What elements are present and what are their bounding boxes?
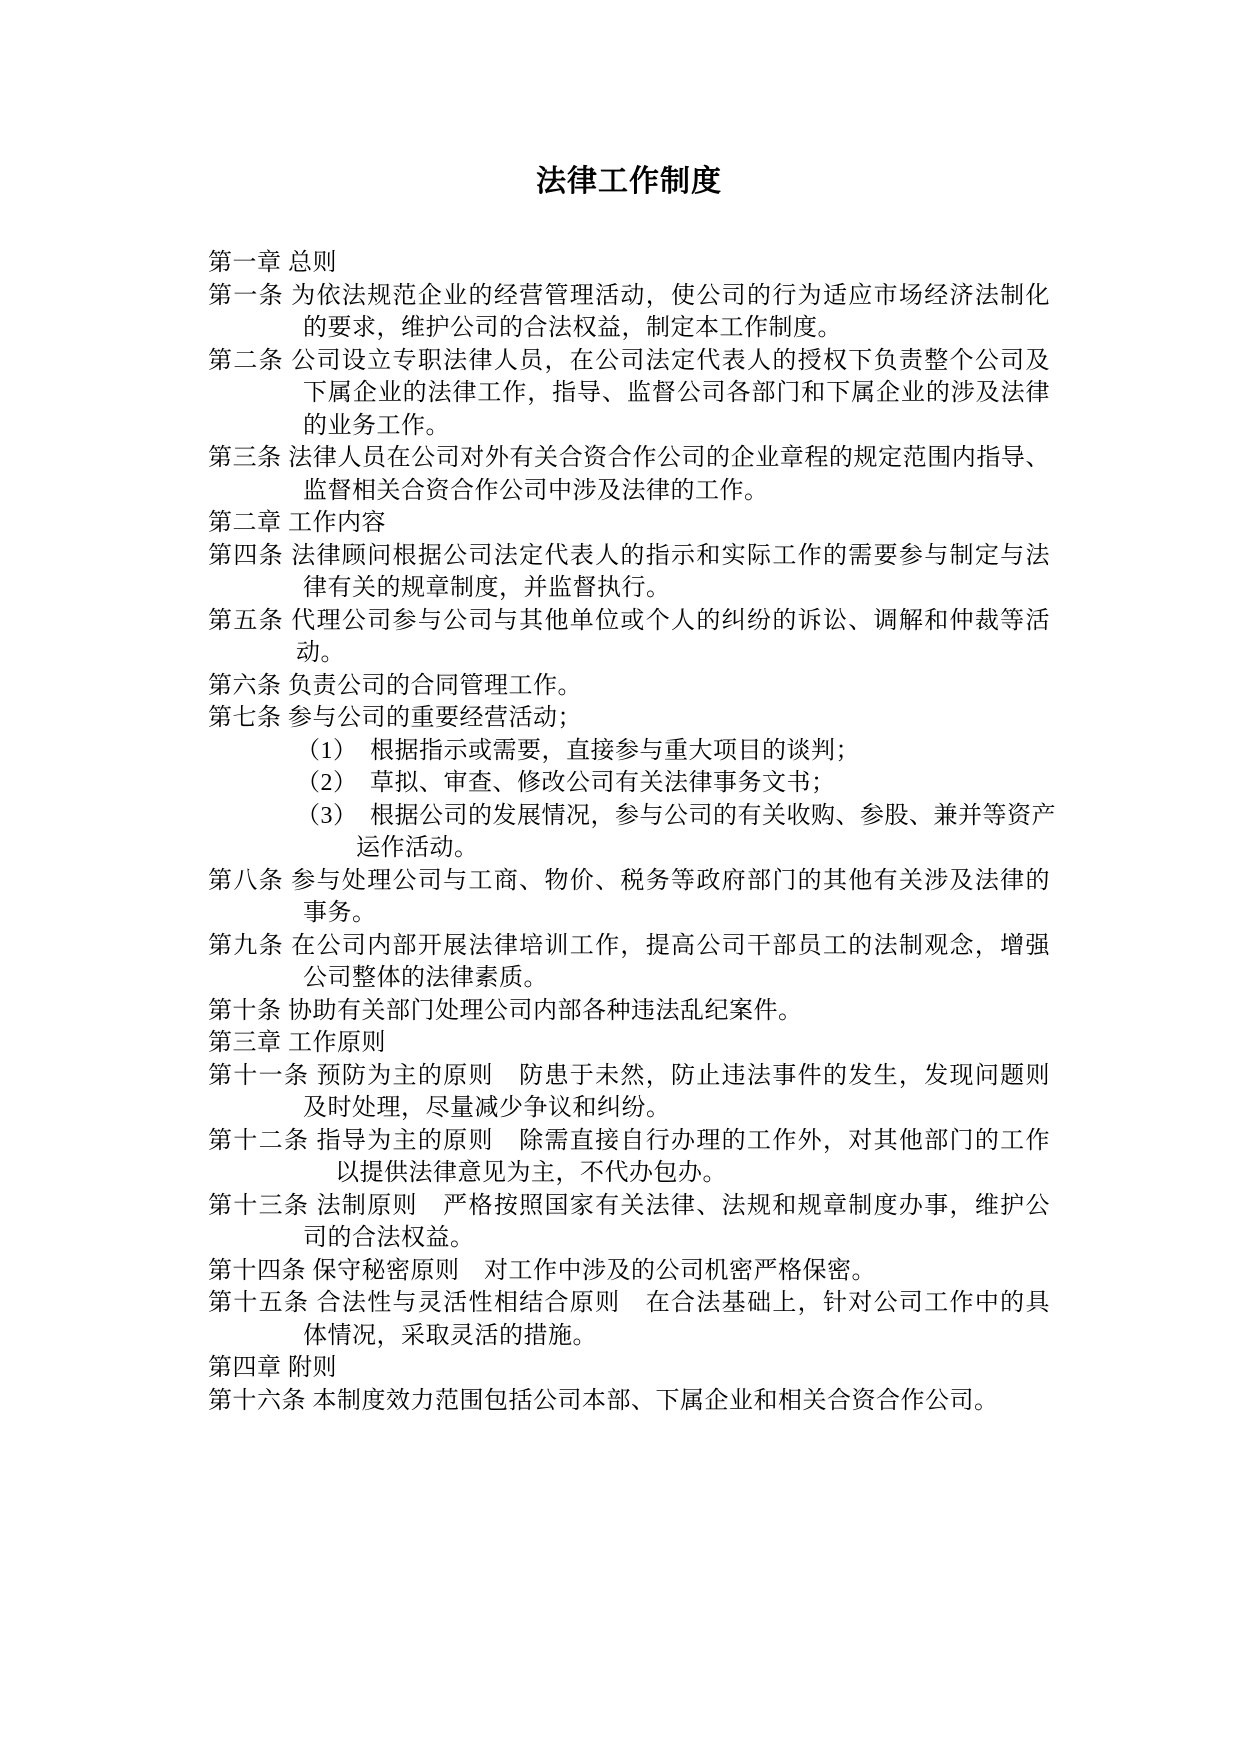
document-line: 第十五条 合法性与灵活性相结合原则 在合法基础上，针对公司工作中的具	[208, 1287, 1050, 1320]
document-line: （2） 草拟、审查、修改公司有关法律事务文书；	[208, 767, 1050, 800]
document-line: 司的合法权益。	[208, 1222, 1050, 1255]
document-line: 第二条 公司设立专职法律人员，在公司法定代表人的授权下负责整个公司及	[208, 345, 1050, 378]
document-line: 第九条 在公司内部开展法律培训工作，提高公司干部员工的法制观念，增强	[208, 930, 1050, 963]
document-body: 第一章 总则第一条 为依法规范企业的经营管理活动，使公司的行为适应市场经济法制化…	[208, 247, 1050, 1417]
document-line: 第七条 参与公司的重要经营活动；	[208, 702, 1050, 735]
document-line: 律有关的规章制度，并监督执行。	[208, 572, 1050, 605]
document-line: 以提供法律意见为主，不代办包办。	[208, 1157, 1050, 1190]
document-line: 第十四条 保守秘密原则 对工作中涉及的公司机密严格保密。	[208, 1255, 1050, 1288]
document-line: 第十一条 预防为主的原则 防患于未然，防止违法事件的发生，发现问题则	[208, 1060, 1050, 1093]
document-page: 法律工作制度 第一章 总则第一条 为依法规范企业的经营管理活动，使公司的行为适应…	[0, 0, 1241, 1754]
document-line: 的要求，维护公司的合法权益，制定本工作制度。	[208, 312, 1050, 345]
document-line: 体情况，采取灵活的措施。	[208, 1320, 1050, 1353]
document-line: 第一章 总则	[208, 247, 1050, 280]
document-line: 及时处理，尽量减少争议和纠纷。	[208, 1092, 1050, 1125]
document-line: （3） 根据公司的发展情况，参与公司的有关收购、参股、兼并等资产	[208, 800, 1050, 833]
document-line: 的业务工作。	[208, 410, 1050, 443]
document-line: 第十条 协助有关部门处理公司内部各种违法乱纪案件。	[208, 995, 1050, 1028]
document-line: 第十三条 法制原则 严格按照国家有关法律、法规和规章制度办事，维护公	[208, 1190, 1050, 1223]
document-line: 第三条 法律人员在公司对外有关合资合作公司的企业章程的规定范围内指导、	[208, 442, 1050, 475]
document-line: 运作活动。	[208, 832, 1050, 865]
document-line: 第十二条 指导为主的原则 除需直接自行办理的工作外，对其他部门的工作	[208, 1125, 1050, 1158]
document-line: 第八条 参与处理公司与工商、物价、税务等政府部门的其他有关涉及法律的	[208, 865, 1050, 898]
document-line: 第五条 代理公司参与公司与其他单位或个人的纠纷的诉讼、调解和仲裁等活	[208, 605, 1050, 638]
document-title: 法律工作制度	[208, 163, 1050, 201]
document-line: 第一条 为依法规范企业的经营管理活动，使公司的行为适应市场经济法制化	[208, 280, 1050, 313]
document-line: 第三章 工作原则	[208, 1027, 1050, 1060]
document-line: 第六条 负责公司的合同管理工作。	[208, 670, 1050, 703]
document-line: 第二章 工作内容	[208, 507, 1050, 540]
document-line: 监督相关合资合作公司中涉及法律的工作。	[208, 475, 1050, 508]
document-line: 动。	[208, 637, 1050, 670]
document-line: 公司整体的法律素质。	[208, 962, 1050, 995]
document-line: （1） 根据指示或需要，直接参与重大项目的谈判；	[208, 735, 1050, 768]
document-line: 第十六条 本制度效力范围包括公司本部、下属企业和相关合资合作公司。	[208, 1385, 1050, 1418]
document-line: 第四条 法律顾问根据公司法定代表人的指示和实际工作的需要参与制定与法	[208, 540, 1050, 573]
document-line: 第四章 附则	[208, 1352, 1050, 1385]
document-line: 事务。	[208, 897, 1050, 930]
document-line: 下属企业的法律工作，指导、监督公司各部门和下属企业的涉及法律	[208, 377, 1050, 410]
